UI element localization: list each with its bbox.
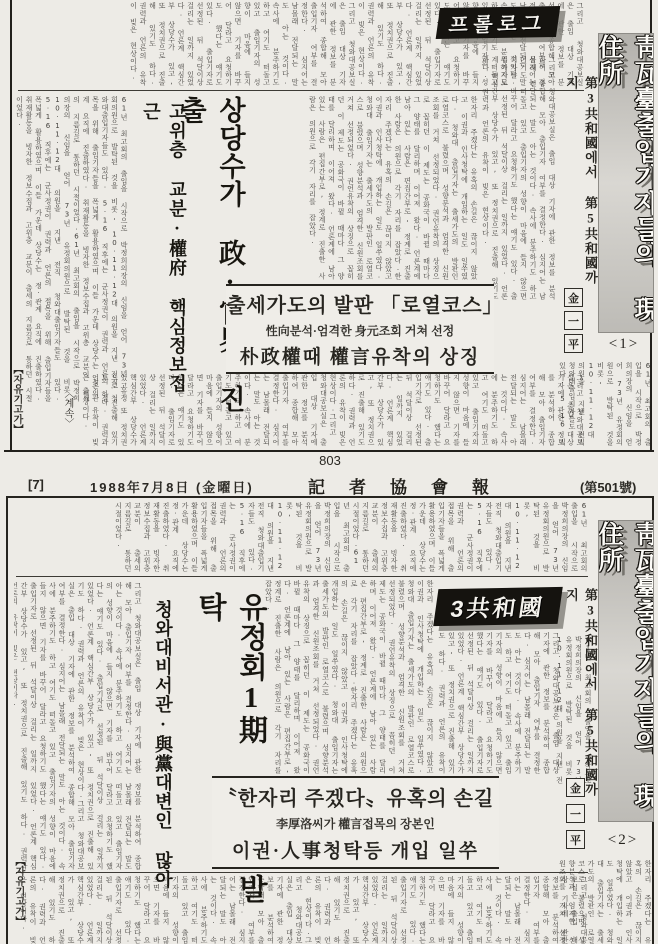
body-text-column: 61년 최고회의 출입을 시작으로 박정희의장의 신임을 얻어 73년 유정회의… — [16, 502, 588, 572]
body-text-column: 한자리 주겠다는 유혹의 손길은 끊이지 않았고 이권과 인사청탁에 개입하는 … — [252, 580, 434, 774]
series-title-band: 靑瓦臺출입기자들의 現住所 — [598, 520, 654, 822]
callout-line3: 朴政權때 權言유착의 상징 — [240, 342, 481, 369]
byline-note: 【자유기고가】 — [11, 856, 26, 940]
newspaper-scan: 그리고 청와대공보실은 출입 대상 기자에 관한 정보를 분석하여 종합해 모아… — [0, 0, 658, 944]
edition-page-label: [7] — [28, 477, 44, 492]
column-rule — [16, 872, 588, 873]
callout-line2: 李厚洛씨가 權言접목의 장본인 — [276, 815, 435, 832]
page2-callout-box: 〝한자리 주겠다〟유혹의 손길 李厚洛씨가 權言접목의 장본인 이권·人事청탁등… — [212, 776, 499, 869]
body-text-column: 그리고 청와대공보실은 출입 대상 기자에 관한 정보를 분석하여 종합해 모아… — [14, 582, 142, 870]
continued-label: 〈계속〉 — [60, 388, 75, 436]
body-text-column: 61년 최고회의 출입을 시작으로 박정희의장의 신임을 얻어 73년 유정회의… — [16, 96, 128, 402]
edition-issue-number: (第501號) — [580, 477, 636, 496]
body-text-column: 그리고 청와대공보실은 출입 대상 기자에 관한 정보를 분석하여 종합해 모아… — [18, 374, 584, 446]
prologue-badge: 프롤로그 — [436, 6, 561, 39]
callout-line2: 性向분석·엄격한 身元조회 거쳐 선정 — [266, 322, 455, 339]
body-text-column: 한자리 주겠다는 유혹의 손길은 끊이지 않았고 이권과 인사청탁에 개입하는 … — [240, 96, 478, 280]
author-name-char: 金 — [564, 288, 583, 307]
series-range: 第3共和國에서 第5共和國까지 — [562, 76, 600, 286]
author-name-char: 平 — [566, 830, 585, 849]
series-title-band: 靑瓦臺출입기자들의 現住所 — [598, 33, 654, 333]
callout-line3: 이권·人事청탁등 개입 일쑤 — [232, 836, 479, 863]
series-title: 靑瓦臺출입기자들의 現住所 — [598, 521, 654, 821]
author-name-char: 一 — [566, 804, 585, 823]
callout-line1: 출세가도의 발판 「로열코스」 — [226, 289, 494, 318]
newspaper-page-1: 그리고 청와대공보실은 출입 대상 기자에 관한 정보를 분석하여 종합해 모아… — [0, 0, 658, 452]
callout-line1: 〝한자리 주겠다〟유혹의 손길 — [217, 782, 495, 811]
body-text-column: 그리고 청와대공보실은 출입 대상 기자에 관한 정보를 분석하여 종합해 모아… — [482, 56, 556, 300]
page1-bottom-border — [4, 450, 654, 452]
series-range: 第3共和國에서 第5共和國까지 — [562, 588, 600, 798]
author-name-char: 一 — [564, 311, 583, 330]
body-text-column: 그리고 청와대공보실은 출입 대상 기자에 관한 정보를 분석하여 종합해 모아… — [436, 632, 560, 774]
newspaper-page-2: [7] 1988年7月8日 (金曜日) 記者協會報 (第501號) 61년 최고… — [0, 470, 658, 944]
series-title: 靑瓦臺출입기자들의 現住所 — [598, 34, 654, 332]
book-page-number: 803 — [300, 453, 360, 469]
edition-date: 1988年7月8日 (金曜日) — [90, 477, 254, 496]
page2-subheadline: 청와대비서관·與黨대변인 많아 — [150, 600, 176, 896]
page1-callout-box: 출세가도의 발판 「로열코스」 性向분석·엄격한 身元조회 거쳐 선정 朴政權때… — [226, 284, 494, 374]
column-rule — [16, 576, 588, 577]
author-name-char: 平 — [564, 334, 583, 353]
era-badge: 3共和國 — [433, 587, 563, 626]
body-text-column: 그리고 청와대공보실은 출입 대상 기자에 관한 정보를 분석하여 종합해 모아… — [16, 876, 588, 944]
author-name-char: 金 — [566, 778, 585, 797]
series-part-number: <2> — [594, 832, 652, 852]
byline-note: 【자유기고가】 — [9, 364, 24, 448]
masthead-title: 記者協會報 — [308, 473, 513, 498]
series-part-number: <1> — [596, 336, 652, 356]
